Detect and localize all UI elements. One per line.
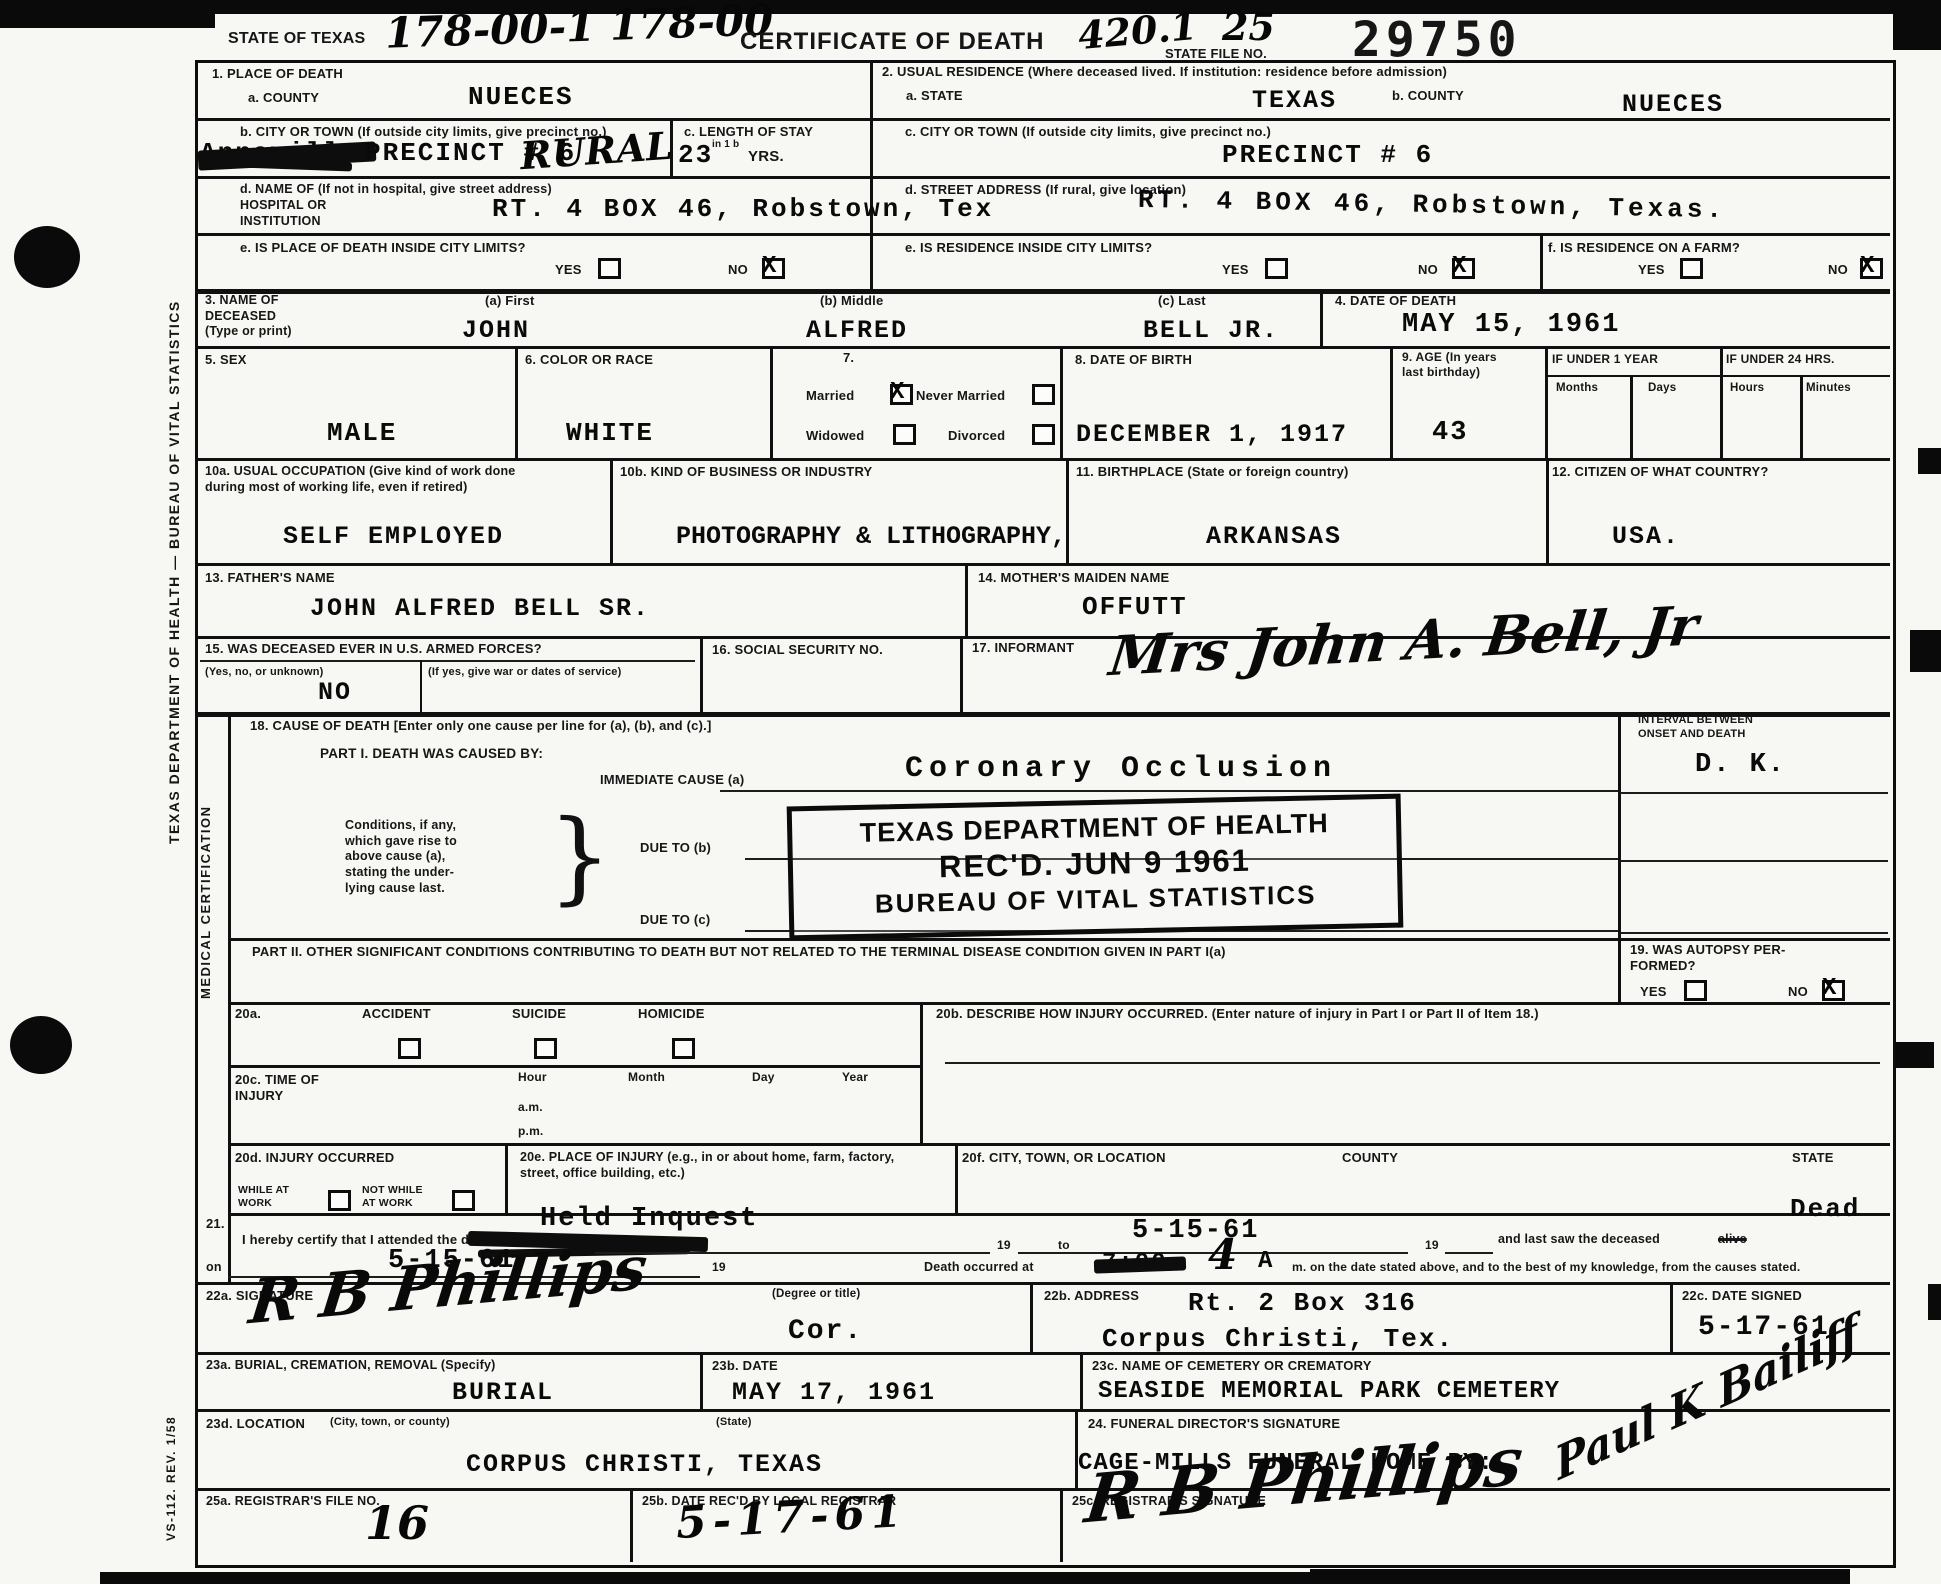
grid-line (1545, 375, 1890, 377)
scan-artifact (1896, 1042, 1934, 1068)
while-at-work-checkbox (328, 1190, 351, 1211)
check-mark: X (890, 379, 904, 406)
scan-artifact (1310, 1569, 1850, 1584)
disposition-date-label: 23b. DATE (712, 1358, 778, 1373)
grid-line (200, 660, 695, 662)
year-19-label: 19 (997, 1238, 1011, 1252)
marital-label: 7. (843, 350, 854, 365)
to-label: to (1058, 1238, 1070, 1252)
grid-line (870, 60, 873, 289)
fill-line (1445, 1252, 1493, 1254)
place-city-limits-label: e. IS PLACE OF DEATH INSIDE CITY LIMITS? (240, 240, 526, 255)
address-label: 22b. ADDRESS (1044, 1288, 1139, 1303)
grid-line (515, 346, 518, 458)
residence-limits-yes-label: YES (1222, 262, 1249, 277)
citizen-value: USA. (1612, 522, 1680, 551)
time-of-injury-label: 20c. TIME OF INJURY (235, 1072, 319, 1105)
disposition-date-value: MAY 17, 1961 (732, 1378, 936, 1407)
residence-limits-no-checkbox: X (1452, 258, 1475, 279)
received-stamp: TEXAS DEPARTMENT OF HEALTH REC'D. JUN 9 … (787, 794, 1404, 941)
injury-county-label: COUNTY (1342, 1150, 1398, 1165)
middle-name-label: (b) Middle (820, 293, 883, 308)
mother-label: 14. MOTHER'S MAIDEN NAME (978, 570, 1169, 585)
part1-label: PART I. DEATH WAS CAUSED BY: (320, 746, 543, 761)
fill-line (595, 1252, 990, 1254)
injury-state-label: STATE (1792, 1150, 1834, 1165)
check-mark: X (1452, 253, 1466, 280)
hospital-label-2: HOSPITAL OR (240, 198, 326, 212)
place-of-injury-label: 20e. PLACE OF INJURY (e.g., in or about … (520, 1150, 894, 1181)
ssn-label: 16. SOCIAL SECURITY NO. (712, 642, 883, 657)
sex-label: 5. SEX (205, 352, 247, 367)
married-checkbox: X (890, 384, 913, 405)
part2-label: PART II. OTHER SIGNIFICANT CONDITIONS CO… (252, 944, 1226, 959)
location-value: CORPUS CHRISTI, TEXAS (466, 1450, 823, 1479)
grid-line (195, 289, 1890, 294)
autopsy-yes-checkbox (1684, 980, 1707, 1001)
father-value: JOHN ALFRED BELL SR. (310, 594, 650, 623)
not-while-at-work-checkbox (452, 1190, 475, 1211)
age-value: 43 (1432, 418, 1468, 448)
check-mark: X (1822, 975, 1836, 1002)
death-certificate-scan: TEXAS DEPARTMENT OF HEALTH — BUREAU OF V… (0, 0, 1941, 1584)
residence-farm-yes-label: YES (1638, 262, 1665, 277)
degree-label: (Degree or title) (772, 1288, 860, 1300)
grid-line (1080, 1352, 1083, 1409)
occupation-value: SELF EMPLOYED (283, 522, 504, 551)
interval-label: INTERVAL BETWEEN ONSET AND DEATH (1638, 714, 1753, 742)
date-signed-label: 22c. DATE SIGNED (1682, 1288, 1802, 1303)
first-name-label: (a) First (485, 293, 534, 308)
sex-value: MALE (327, 418, 397, 448)
scan-artifact (0, 0, 1941, 14)
not-while-at-work-label: NOT WHILE AT WORK (362, 1184, 423, 1210)
suicide-checkbox (534, 1038, 557, 1059)
cemetery-label: 23c. NAME OF CEMETERY OR CREMATORY (1092, 1358, 1372, 1373)
location-sub2: (State) (716, 1416, 752, 1428)
middle-name-value: ALFRED (806, 316, 908, 345)
grid-line (195, 712, 1890, 717)
residence-state-value: TEXAS (1252, 86, 1337, 115)
minutes-label: Minutes (1806, 382, 1851, 394)
on-label: on (206, 1260, 222, 1274)
occupation-label: 10a. USUAL OCCUPATION (Give kind of work… (205, 464, 515, 495)
grid-line (1630, 375, 1633, 458)
punch-hole-mark (10, 1016, 72, 1074)
race-value: WHITE (566, 418, 654, 448)
due-to-c-label: DUE TO (c) (640, 912, 710, 927)
month-label: Month (628, 1070, 665, 1084)
grid-line (195, 346, 1890, 349)
grid-line (1618, 712, 1621, 1002)
residence-farm-no-label: NO (1828, 262, 1848, 277)
length-of-stay-unit: YRS. (748, 148, 784, 165)
residence-city-label: c. CITY OR TOWN (If outside city limits,… (905, 124, 1271, 139)
residence-title: 2. USUAL RESIDENCE (Where deceased lived… (882, 64, 1447, 79)
attended-to-date: 5-15-61 (1132, 1216, 1259, 1246)
grid-line (1800, 375, 1803, 458)
last-name-label: (c) Last (1158, 293, 1206, 308)
accident-checkbox (398, 1038, 421, 1059)
last-name-value: BELL JR. (1143, 316, 1279, 345)
curly-brace: } (548, 798, 612, 915)
armed-forces-sub2: (If yes, give war or dates of service) (428, 666, 621, 678)
armed-forces-label: 15. WAS DECEASED EVER IN U.S. ARMED FORC… (205, 641, 542, 656)
date-of-birth-label: 8. DATE OF BIRTH (1075, 352, 1192, 367)
disposition-type-value: BURIAL (452, 1378, 554, 1407)
divorced-label: Divorced (948, 428, 1005, 443)
industry-label: 10b. KIND OF BUSINESS OR INDUSTRY (620, 464, 872, 479)
year-19-label-3: 19 (712, 1260, 726, 1274)
grid-line (1320, 289, 1323, 346)
never-married-label: Never Married (916, 388, 1005, 403)
residence-state-label: a. STATE (906, 88, 963, 103)
cause-of-death-label: 18. CAUSE OF DEATH [Enter only one cause… (250, 718, 711, 733)
cemetery-value: SEASIDE MEMORIAL PARK CEMETERY (1098, 1378, 1560, 1405)
date-of-birth-value: DECEMBER 1, 1917 (1076, 420, 1348, 449)
death-occurred-label: Death occurred at (924, 1260, 1034, 1274)
grid-line (228, 938, 1890, 941)
due-to-b-label: DUE TO (b) (640, 840, 711, 855)
handwritten-class-number-2: 25 (1222, 4, 1275, 49)
place-of-death-title: 1. PLACE OF DEATH (212, 66, 343, 81)
grid-line (1390, 346, 1393, 458)
grid-line (228, 1213, 1890, 1216)
certify-number: 21. (206, 1216, 225, 1231)
address-line1: Rt. 2 Box 316 (1188, 1288, 1417, 1318)
grid-line (1545, 346, 1548, 458)
never-married-checkbox (1032, 384, 1055, 405)
place-county-label: a. COUNTY (248, 90, 319, 105)
father-label: 13. FATHER'S NAME (205, 570, 335, 585)
scan-artifact (1893, 0, 1941, 50)
grid-line (1546, 458, 1549, 563)
grid-line (1060, 346, 1063, 458)
hospital-value: RT. 4 BOX 46, Robstown, Tex (492, 194, 994, 224)
funeral-director-label: 24. FUNERAL DIRECTOR'S SIGNATURE (1088, 1416, 1340, 1431)
days-label: Days (1648, 382, 1676, 394)
length-of-stay-label: c. LENGTH OF STAY (684, 124, 813, 139)
mother-value: OFFUTT (1082, 592, 1188, 622)
grid-line (700, 636, 703, 712)
registrar-file-label: 25a. REGISTRAR'S FILE NO. (206, 1494, 380, 1508)
check-mark: X (762, 253, 776, 280)
injury-city-label: 20f. CITY, TOWN, OR LOCATION (962, 1150, 1166, 1165)
fill-line (1620, 932, 1888, 934)
describe-injury-label: 20b. DESCRIBE HOW INJURY OCCURRED. (Ente… (936, 1006, 1539, 1021)
scan-artifact (1928, 1284, 1941, 1320)
hospital-label-3: INSTITUTION (240, 214, 321, 228)
autopsy-no-checkbox: X (1822, 980, 1845, 1001)
fill-line (1620, 860, 1888, 862)
dead-typed-value: Dead (1790, 1194, 1860, 1224)
immediate-cause-label: IMMEDIATE CAUSE (a) (600, 772, 744, 787)
first-name-value: JOHN (462, 316, 530, 345)
year-19-label-2: 19 (1425, 1238, 1439, 1252)
certificate-title: CERTIFICATE OF DEATH (740, 28, 1044, 56)
fill-line (945, 1062, 1880, 1064)
homicide-checkbox (672, 1038, 695, 1059)
armed-forces-value: NO (318, 678, 352, 707)
residence-farm-label: f. IS RESIDENCE ON A FARM? (1548, 240, 1740, 255)
grid-line (228, 1065, 920, 1068)
place-limits-no-checkbox: X (762, 258, 785, 279)
place-limits-yes-label: YES (555, 262, 582, 277)
injury-20a-label: 20a. (235, 1006, 261, 1021)
widowed-label: Widowed (806, 428, 864, 443)
check-mark: X (1860, 253, 1874, 280)
interval-value: D. K. (1695, 750, 1786, 780)
grid-line (228, 1002, 1890, 1005)
hour-label: Hour (518, 1070, 547, 1084)
autopsy-label: 19. WAS AUTOPSY PER- FORMED? (1630, 942, 1785, 975)
am-label: a.m. (518, 1100, 543, 1114)
grid-line (700, 1352, 703, 1409)
grid-line (195, 233, 1890, 236)
autopsy-yes-label: YES (1640, 984, 1667, 999)
grid-line (955, 1143, 958, 1213)
industry-value: PHOTOGRAPHY & LITHOGRAPHY, (676, 522, 1066, 551)
under-one-year-label: IF UNDER 1 YEAR (1552, 352, 1658, 366)
grid-line (630, 1488, 633, 1562)
disposition-type-label: 23a. BURIAL, CREMATION, REMOVAL (Specify… (206, 1358, 495, 1372)
grid-line (505, 1143, 508, 1213)
grid-line (1060, 1488, 1063, 1562)
death-time-handwritten: 4 (1208, 1230, 1237, 1279)
grid-line (1670, 1282, 1673, 1352)
grid-line (1066, 458, 1069, 563)
pm-label: p.m. (518, 1124, 543, 1138)
grid-line (1540, 233, 1543, 289)
while-at-work-label: WHILE AT WORK (238, 1184, 289, 1210)
hours-label: Hours (1730, 382, 1764, 394)
scan-artifact (1918, 448, 1941, 474)
held-inquest-value: Held Inquest (540, 1204, 758, 1234)
location-sub1: (City, town, or county) (330, 1416, 450, 1428)
state-of-texas-label: STATE OF TEXAS (228, 30, 365, 48)
state-file-no-label: STATE FILE NO. (1165, 46, 1267, 61)
grid-line (770, 346, 773, 458)
under-24hrs-label: IF UNDER 24 HRS. (1726, 352, 1835, 366)
grid-line (195, 1352, 1890, 1355)
residence-farm-no-checkbox: X (1860, 258, 1883, 279)
homicide-label: HOMICIDE (638, 1006, 705, 1021)
accident-label: ACCIDENT (362, 1006, 431, 1021)
residence-city-value: PRECINCT # 6 (1222, 140, 1433, 170)
place-limits-no-label: NO (728, 262, 748, 277)
length-of-stay-value: 23 (678, 140, 713, 170)
armed-forces-sub1: (Yes, no, or unknown) (205, 666, 323, 678)
residence-limits-label: e. IS RESIDENCE INSIDE CITY LIMITS? (905, 240, 1152, 255)
place-county-value: NUECES (468, 82, 574, 112)
grid-line (965, 563, 968, 636)
age-label: 9. AGE (In years last birthday) (1402, 350, 1497, 380)
certify-closing-text: m. on the date stated above, and to the … (1292, 1260, 1800, 1274)
year-label: Year (842, 1070, 868, 1084)
form-code-vertical-label: VS-112. REV. 1/58 (164, 1388, 188, 1568)
residence-limits-no-label: NO (1418, 262, 1438, 277)
date-of-death-value: MAY 15, 1961 (1402, 310, 1620, 340)
scan-artifact (1910, 630, 1941, 672)
length-of-stay-smalltext: in 1 b (712, 139, 739, 150)
race-label: 6. COLOR OR RACE (525, 352, 653, 367)
location-label: 23d. LOCATION (206, 1416, 305, 1431)
grid-line (195, 458, 1890, 461)
fill-line (720, 790, 1618, 792)
married-label: Married (806, 388, 854, 403)
grid-line (195, 1488, 1890, 1491)
residence-county-value: NUECES (1622, 90, 1724, 119)
fill-line (1620, 792, 1888, 794)
immediate-cause-value: Coronary Occlusion (905, 752, 1337, 786)
address-line2: Corpus Christi, Tex. (1102, 1324, 1454, 1354)
widowed-checkbox (893, 424, 916, 445)
grid-line (920, 1002, 923, 1143)
grid-line (610, 458, 613, 563)
grid-line (1720, 346, 1723, 458)
birthplace-label: 11. BIRTHPLACE (State or foreign country… (1076, 464, 1349, 479)
grid-line (420, 660, 422, 712)
autopsy-no-label: NO (1788, 984, 1808, 999)
residence-farm-yes-checkbox (1680, 258, 1703, 279)
grid-line (195, 563, 1890, 566)
grid-line (228, 712, 231, 1282)
months-label: Months (1556, 382, 1598, 394)
birthplace-value: ARKANSAS (1206, 522, 1342, 551)
registrar-file-value: 16 (365, 1496, 429, 1550)
conditions-label: Conditions, if any, which gave rise to a… (345, 818, 457, 896)
informant-label: 17. INFORMANT (972, 640, 1074, 655)
citizen-label: 12. CITIZEN OF WHAT COUNTRY? (1552, 464, 1768, 479)
residence-county-label: b. COUNTY (1392, 88, 1464, 103)
suicide-label: SUICIDE (512, 1006, 566, 1021)
alive-struck-text: alive (1718, 1232, 1747, 1246)
place-limits-yes-checkbox (598, 258, 621, 279)
deceased-name-label: 3. NAME OF DECEASED (Type or print) (205, 293, 292, 340)
degree-value: Cor. (788, 1316, 863, 1347)
grid-line (1030, 1282, 1033, 1352)
divorced-checkbox (1032, 424, 1055, 445)
punch-hole-mark (14, 226, 80, 288)
agency-vertical-label: TEXAS DEPARTMENT OF HEALTH — BUREAU OF V… (166, 235, 192, 910)
scan-artifact (0, 0, 215, 28)
injury-occurred-label: 20d. INJURY OCCURRED (235, 1150, 394, 1165)
residence-limits-yes-checkbox (1265, 258, 1288, 279)
grid-line (228, 1143, 1890, 1146)
day-label: Day (752, 1070, 775, 1084)
last-saw-text: and last saw the deceased (1498, 1232, 1660, 1246)
grid-line (960, 636, 963, 712)
death-time-suffix: A (1258, 1248, 1274, 1275)
handwritten-file-numbers: 178-00-1 178-00 (384, 0, 774, 58)
date-of-death-label: 4. DATE OF DEATH (1335, 293, 1456, 308)
grid-line (195, 176, 1890, 179)
scan-artifact (100, 1572, 1320, 1584)
